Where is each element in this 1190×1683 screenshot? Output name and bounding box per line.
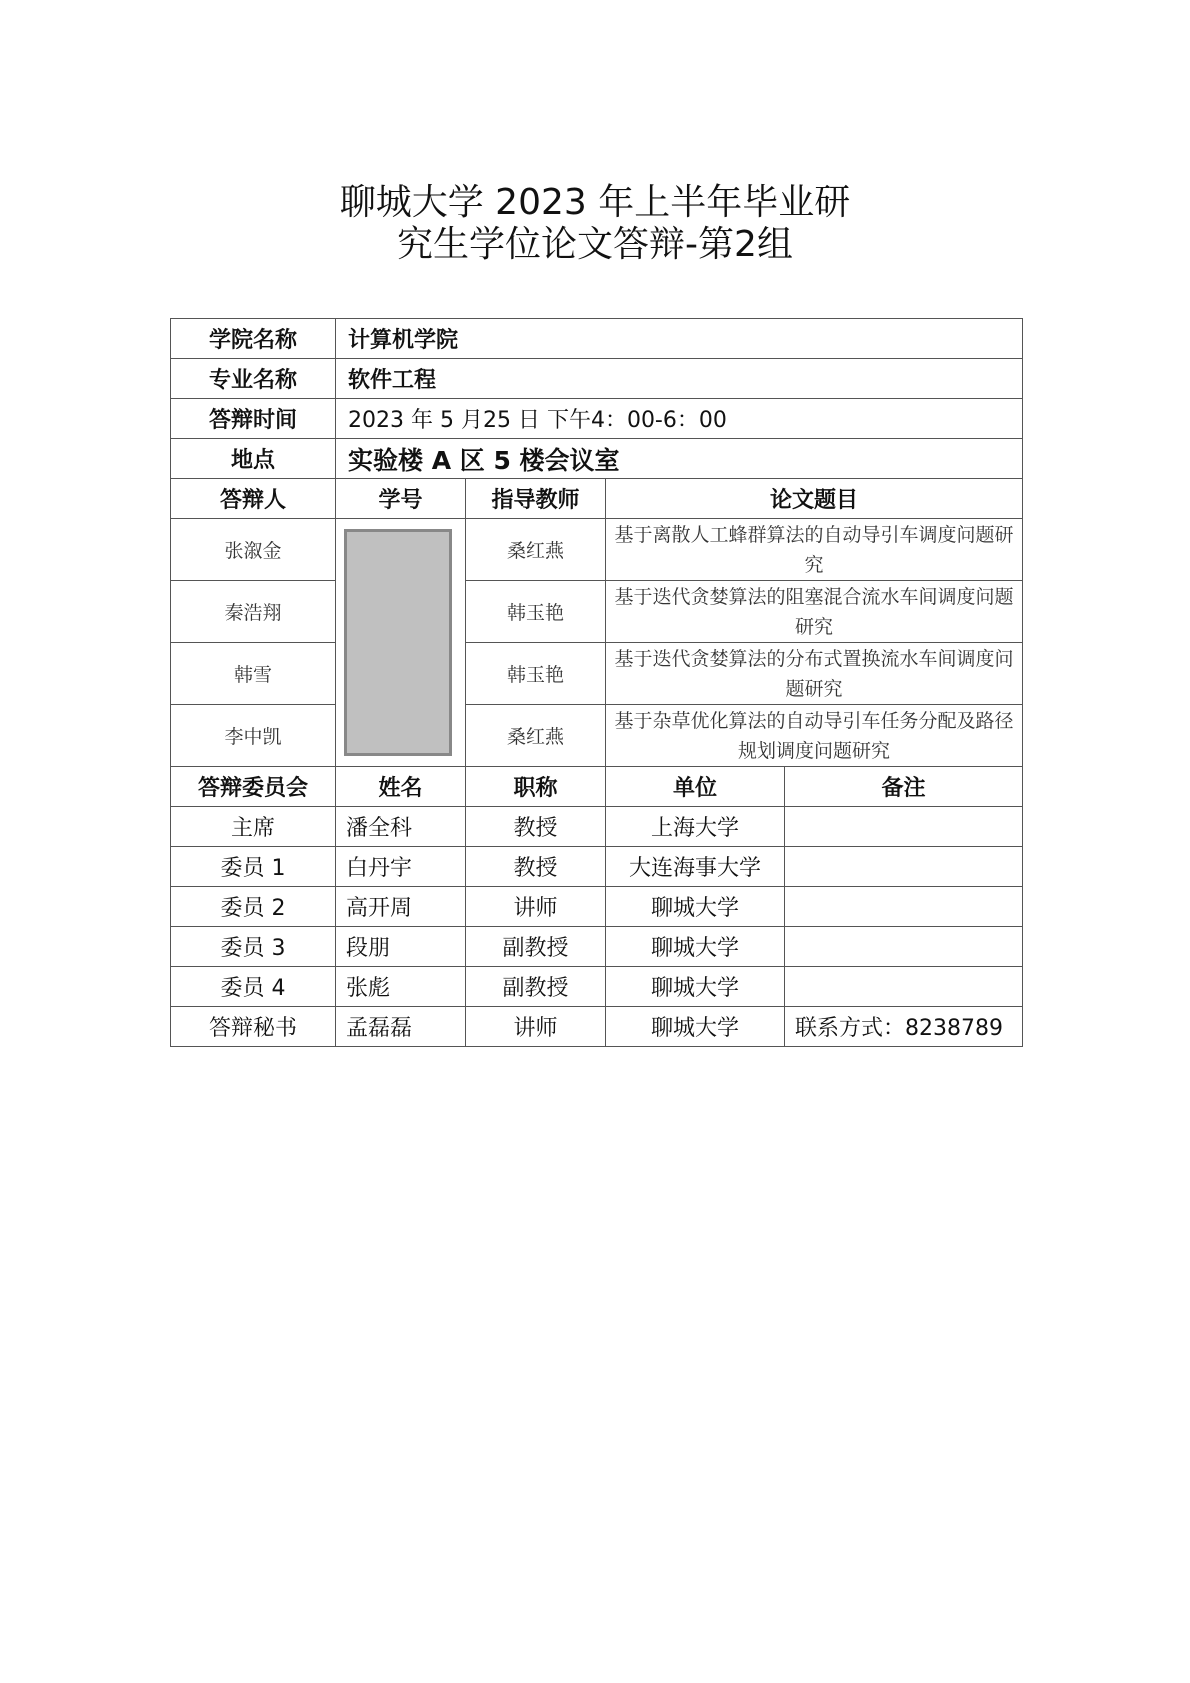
committee-unit: 聊城大学: [606, 887, 785, 927]
title-line-1: 聊城大学 2023 年上半年毕业研: [0, 182, 1190, 224]
redaction-box: [344, 529, 452, 756]
major-label: 专业名称: [171, 359, 336, 399]
committee-role: 委员 2: [171, 887, 336, 927]
header-advisor: 指导教师: [466, 479, 606, 519]
committee-title: 教授: [466, 807, 606, 847]
location-value: 实验楼 A 区 5 楼会议室: [336, 439, 1023, 479]
header-title: 职称: [466, 767, 606, 807]
committee-name: 白丹宇: [336, 847, 466, 887]
location-label: 地点: [171, 439, 336, 479]
committee-note: [785, 887, 1023, 927]
committee-role: 答辩秘书: [171, 1007, 336, 1047]
defense-schedule-table: 学院名称 计算机学院 专业名称 软件工程 答辩时间 2023 年 5 月25 日…: [170, 318, 1023, 1047]
committee-row: 委员 3 段朋 副教授 聊城大学: [171, 927, 1023, 967]
committee-unit: 聊城大学: [606, 1007, 785, 1047]
committee-row: 答辩秘书 孟磊磊 讲师 聊城大学 联系方式：8238789: [171, 1007, 1023, 1047]
committee-role: 主席: [171, 807, 336, 847]
time-value: 2023 年 5 月25 日 下午4：00-6：00: [336, 399, 1023, 439]
committee-note: [785, 807, 1023, 847]
student-name: 李中凯: [171, 705, 336, 767]
student-advisor: 桑红燕: [466, 519, 606, 581]
student-advisor: 韩玉艳: [466, 643, 606, 705]
college-value: 计算机学院: [336, 319, 1023, 359]
college-row: 学院名称 计算机学院: [171, 319, 1023, 359]
committee-role: 委员 3: [171, 927, 336, 967]
document-title: 聊城大学 2023 年上半年毕业研 究生学位论文答辩-第2组: [0, 182, 1190, 266]
student-row: 韩雪 韩玉艳 基于迭代贪婪算法的分布式置换流水车间调度问题研究: [171, 643, 1023, 705]
committee-header-row: 答辩委员会 姓名 职称 单位 备注: [171, 767, 1023, 807]
student-thesis: 基于杂草优化算法的自动导引车任务分配及路径规划调度问题研究: [606, 705, 1023, 767]
student-name: 张溆金: [171, 519, 336, 581]
student-row: 张溆金 桑红燕 基于离散人工蜂群算法的自动导引车调度问题研究: [171, 519, 1023, 581]
student-advisor: 桑红燕: [466, 705, 606, 767]
committee-role: 委员 4: [171, 967, 336, 1007]
committee-unit: 上海大学: [606, 807, 785, 847]
committee-row: 委员 1 白丹宇 教授 大连海事大学: [171, 847, 1023, 887]
committee-title: 讲师: [466, 1007, 606, 1047]
committee-name: 潘全科: [336, 807, 466, 847]
committee-name: 高开周: [336, 887, 466, 927]
student-thesis: 基于离散人工蜂群算法的自动导引车调度问题研究: [606, 519, 1023, 581]
committee-name: 孟磊磊: [336, 1007, 466, 1047]
committee-row: 委员 4 张彪 副教授 聊城大学: [171, 967, 1023, 1007]
header-defender: 答辩人: [171, 479, 336, 519]
header-name: 姓名: [336, 767, 466, 807]
committee-title: 讲师: [466, 887, 606, 927]
major-value: 软件工程: [336, 359, 1023, 399]
student-id-redacted: [336, 519, 466, 767]
committee-title: 教授: [466, 847, 606, 887]
major-row: 专业名称 软件工程: [171, 359, 1023, 399]
committee-note: [785, 927, 1023, 967]
student-name: 韩雪: [171, 643, 336, 705]
header-note: 备注: [785, 767, 1023, 807]
student-advisor: 韩玉艳: [466, 581, 606, 643]
time-row: 答辩时间 2023 年 5 月25 日 下午4：00-6：00: [171, 399, 1023, 439]
students-header-row: 答辩人 学号 指导教师 论文题目: [171, 479, 1023, 519]
committee-unit: 大连海事大学: [606, 847, 785, 887]
committee-title: 副教授: [466, 927, 606, 967]
location-row: 地点 实验楼 A 区 5 楼会议室: [171, 439, 1023, 479]
time-label: 答辩时间: [171, 399, 336, 439]
student-row: 李中凯 桑红燕 基于杂草优化算法的自动导引车任务分配及路径规划调度问题研究: [171, 705, 1023, 767]
committee-note: [785, 967, 1023, 1007]
committee-note: [785, 847, 1023, 887]
committee-row: 主席 潘全科 教授 上海大学: [171, 807, 1023, 847]
student-name: 秦浩翔: [171, 581, 336, 643]
committee-role: 委员 1: [171, 847, 336, 887]
header-student-id: 学号: [336, 479, 466, 519]
student-row: 秦浩翔 韩玉艳 基于迭代贪婪算法的阻塞混合流水车间调度问题研究: [171, 581, 1023, 643]
title-line-2: 究生学位论文答辩-第2组: [0, 224, 1190, 266]
committee-unit: 聊城大学: [606, 927, 785, 967]
committee-unit: 聊城大学: [606, 967, 785, 1007]
committee-name: 段朋: [336, 927, 466, 967]
college-label: 学院名称: [171, 319, 336, 359]
header-thesis-title: 论文题目: [606, 479, 1023, 519]
committee-row: 委员 2 高开周 讲师 聊城大学: [171, 887, 1023, 927]
header-unit: 单位: [606, 767, 785, 807]
committee-title: 副教授: [466, 967, 606, 1007]
student-thesis: 基于迭代贪婪算法的分布式置换流水车间调度问题研究: [606, 643, 1023, 705]
student-thesis: 基于迭代贪婪算法的阻塞混合流水车间调度问题研究: [606, 581, 1023, 643]
committee-name: 张彪: [336, 967, 466, 1007]
header-committee: 答辩委员会: [171, 767, 336, 807]
committee-note: 联系方式：8238789: [785, 1007, 1023, 1047]
